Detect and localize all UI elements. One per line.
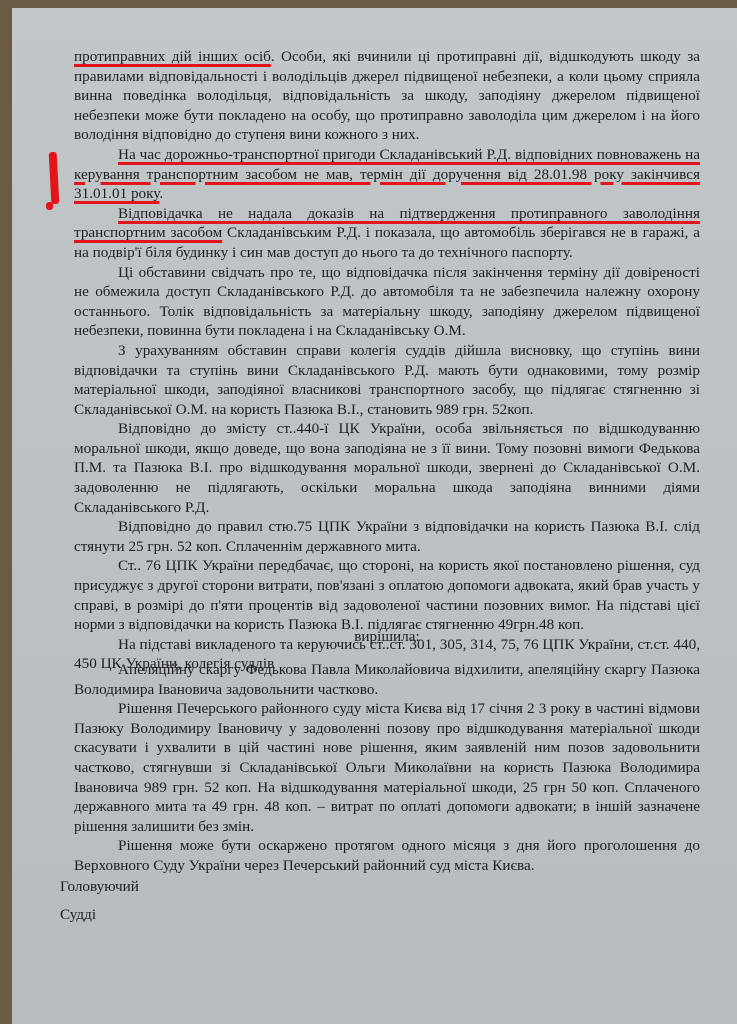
resolution-item-1: Апеляційну скаргу Федькова Павла Миколай… <box>74 660 700 699</box>
paragraph-7: Відповідно до правил стю.75 ЦПК України … <box>74 517 700 556</box>
paragraph-6: Відповідно до змісту ст..440-ї ЦК Україн… <box>74 419 700 517</box>
resolution-item-2: Рішення Печерського районного суду міста… <box>74 699 700 836</box>
highlighted-text: На час дорожньо-транспортної пригоди Скл… <box>74 146 700 202</box>
exclamation-dot-annotation <box>46 202 53 210</box>
paragraph-5: З урахуванням обставин справи колегія су… <box>74 341 700 419</box>
resolution-heading: вирішила: <box>74 627 700 647</box>
body-text: протиправних дій інших осіб. Особи, які … <box>74 47 700 674</box>
paragraph-4: Ці обставини свідчать про те, що відпові… <box>74 263 700 341</box>
judges-label: Судді <box>60 906 96 924</box>
highlighted-text: протиправних дій інших осіб <box>74 48 271 65</box>
resolution-item-3: Рішення може бути оскаржено протягом одн… <box>74 836 700 875</box>
paragraph-1: протиправних дій інших осіб. Особи, які … <box>74 47 700 145</box>
paragraph-2: На час дорожньо-транспортної пригоди Скл… <box>74 145 700 204</box>
paragraph-8: Ст.. 76 ЦПК України передбачає, що сторо… <box>74 556 700 634</box>
presiding-judge-label: Головуючий <box>60 878 139 896</box>
resolution-text: Апеляційну скаргу Федькова Павла Миколай… <box>74 660 700 876</box>
paragraph-3: Відповідачка не надала доказів на підтве… <box>74 204 700 263</box>
